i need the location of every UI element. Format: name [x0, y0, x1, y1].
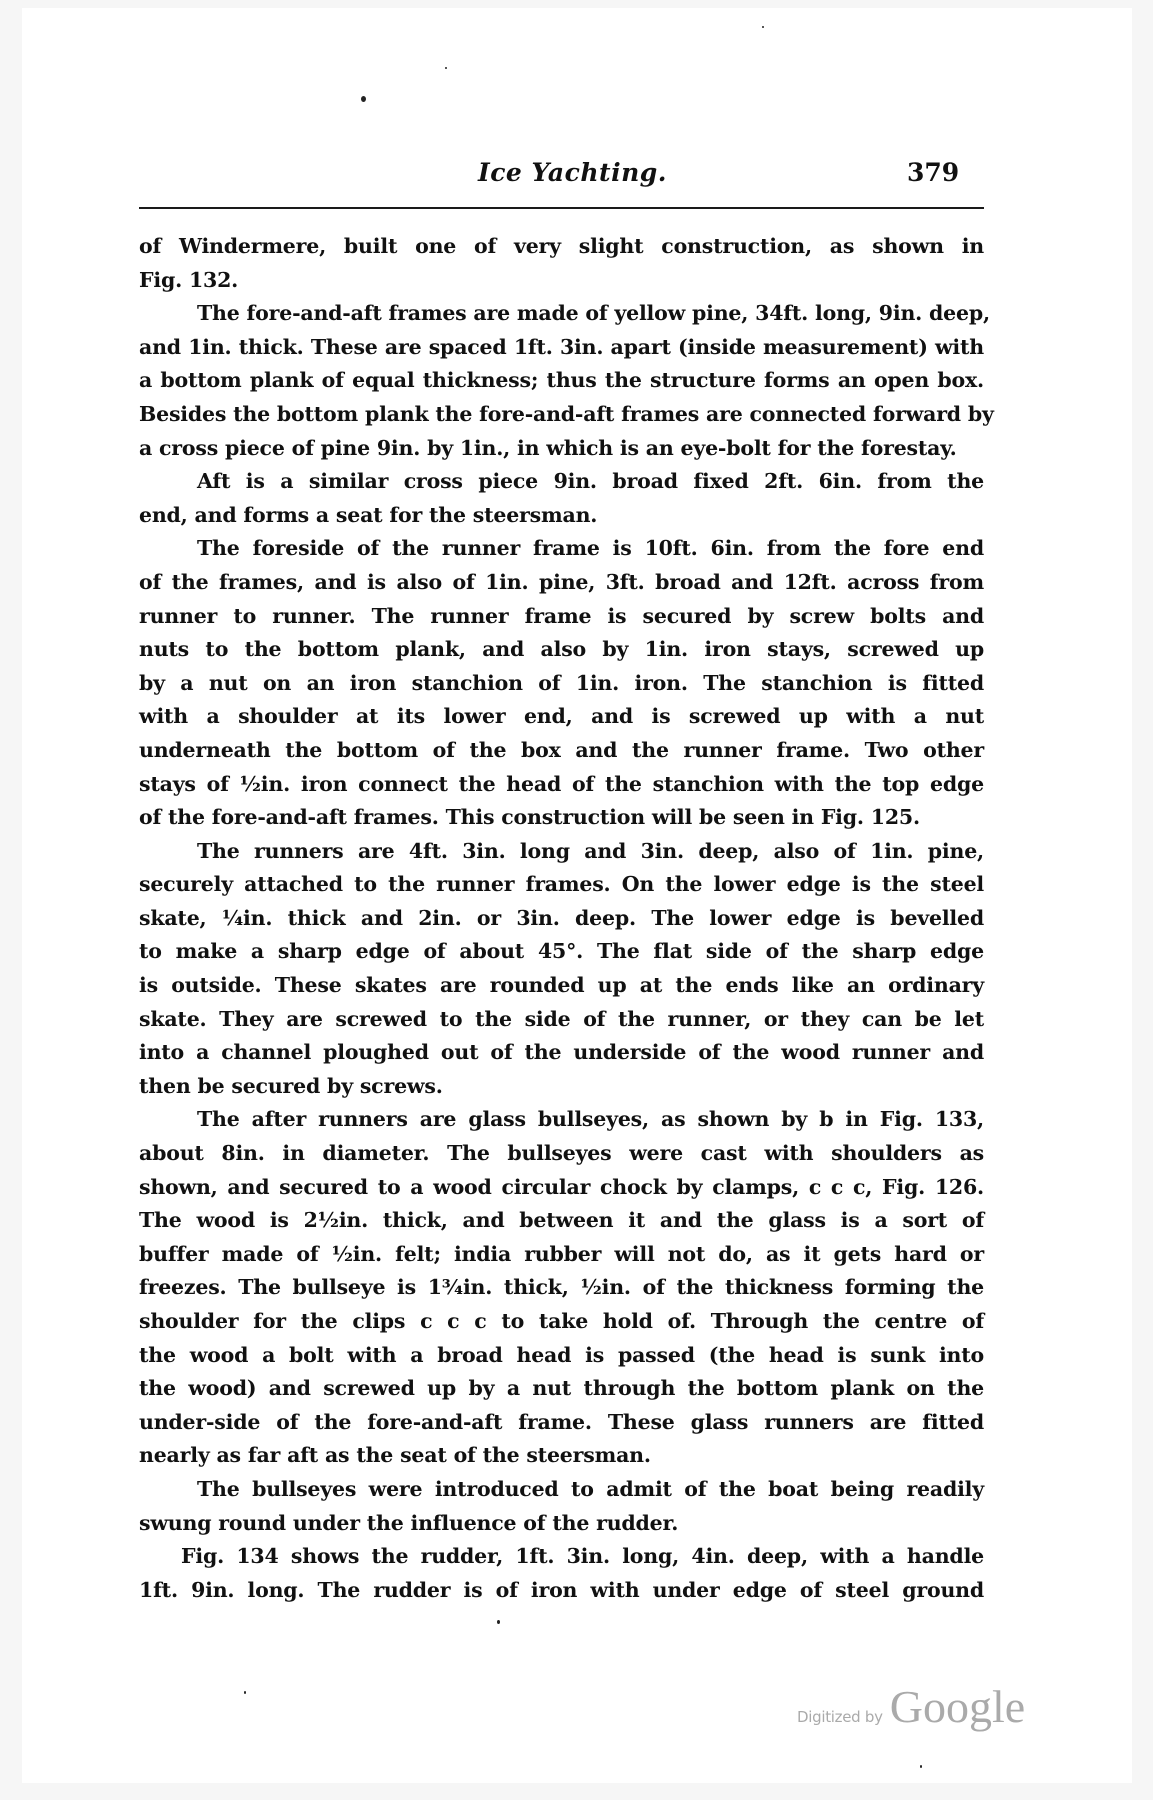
text-line: The runners are 4ft. 3in. long and 3in. …	[139, 835, 984, 869]
text-line: Fig. 132.	[139, 264, 984, 298]
text-line: The after runners are glass bullseyes, a…	[139, 1103, 984, 1137]
scan-speck	[762, 26, 764, 28]
running-head-title: Ice Yachting.	[478, 158, 667, 187]
scan-speck	[497, 1620, 500, 1624]
text-line: The wood is 2½in. thick, and between it …	[139, 1204, 984, 1238]
text-line: of the fore-and-aft frames. This constru…	[139, 801, 984, 835]
text-line: stays of ½in. iron connect the head of t…	[139, 768, 984, 802]
text-line: freezes. The bullseye is 1¾in. thick, ½i…	[139, 1271, 984, 1305]
text-line: buffer made of ½in. felt; india rubber w…	[139, 1238, 984, 1272]
text-line: swung round under the influence of the r…	[139, 1507, 984, 1541]
text-line: the wood a bolt with a broad head is pas…	[139, 1339, 984, 1373]
text-line: and 1in. thick. These are spaced 1ft. 3i…	[139, 331, 984, 365]
text-line: with a shoulder at its lower end, and is…	[139, 700, 984, 734]
text-line: into a channel ploughed out of the under…	[139, 1036, 984, 1070]
text-line: under-side of the fore-and-aft frame. Th…	[139, 1406, 984, 1440]
text-line: shown, and secured to a wood circular ch…	[139, 1171, 984, 1205]
text-line: The foreside of the runner frame is 10ft…	[139, 532, 984, 566]
scan-speck	[244, 1691, 246, 1694]
text-line: nearly as far aft as the seat of the ste…	[139, 1439, 984, 1473]
scan-speck	[361, 96, 366, 102]
text-line: securely attached to the runner frames. …	[139, 868, 984, 902]
text-line: then be secured by screws.	[139, 1070, 984, 1104]
watermark-prefix: Digitized by	[797, 1708, 883, 1726]
text-line: is outside. These skates are rounded up …	[139, 969, 984, 1003]
text-line: skate. They are screwed to the side of t…	[139, 1003, 984, 1037]
text-line: a bottom plank of equal thickness; thus …	[139, 364, 984, 398]
running-head: Ice Yachting. 379	[0, 0, 1153, 1]
text-line: underneath the bottom of the box and the…	[139, 734, 984, 768]
text-line: end, and forms a seat for the steersman.	[139, 499, 984, 533]
text-line: Fig. 134 shows the rudder, 1ft. 3in. lon…	[139, 1540, 984, 1574]
header-rule	[139, 207, 984, 209]
text-line: 1ft. 9in. long. The rudder is of iron wi…	[139, 1574, 984, 1608]
google-logo: Google	[890, 1681, 1025, 1732]
scan-speck	[445, 67, 447, 69]
text-line: about 8in. in diameter. The bullseyes we…	[139, 1137, 984, 1171]
scan-speck	[920, 1765, 922, 1768]
text-line: skate, ¼in. thick and 2in. or 3in. deep.…	[139, 902, 984, 936]
text-line: runner to runner. The runner frame is se…	[139, 600, 984, 634]
digitized-by-google-watermark: Digitized by Google	[797, 1680, 1025, 1733]
text-line: to make a sharp edge of about 45°. The f…	[139, 935, 984, 969]
text-line: The bullseyes were introduced to admit o…	[139, 1473, 984, 1507]
text-line: a cross piece of pine 9in. by 1in., in w…	[139, 432, 984, 466]
text-line: nuts to the bottom plank, and also by 1i…	[139, 633, 984, 667]
text-line: Besides the bottom plank the fore-and-af…	[139, 398, 984, 432]
text-line: Aft is a similar cross piece 9in. broad …	[139, 465, 984, 499]
text-line: the wood) and screwed up by a nut throug…	[139, 1372, 984, 1406]
body-text: of Windermere, built one of very slight …	[139, 230, 984, 1607]
text-line: shoulder for the clips c c c to take hol…	[139, 1305, 984, 1339]
text-line: of the frames, and is also of 1in. pine,…	[139, 566, 984, 600]
text-line: by a nut on an iron stanchion of 1in. ir…	[139, 667, 984, 701]
text-line: The fore-and-aft frames are made of yell…	[139, 297, 984, 331]
page-number: 379	[907, 158, 959, 187]
text-line: of Windermere, built one of very slight …	[139, 230, 984, 264]
